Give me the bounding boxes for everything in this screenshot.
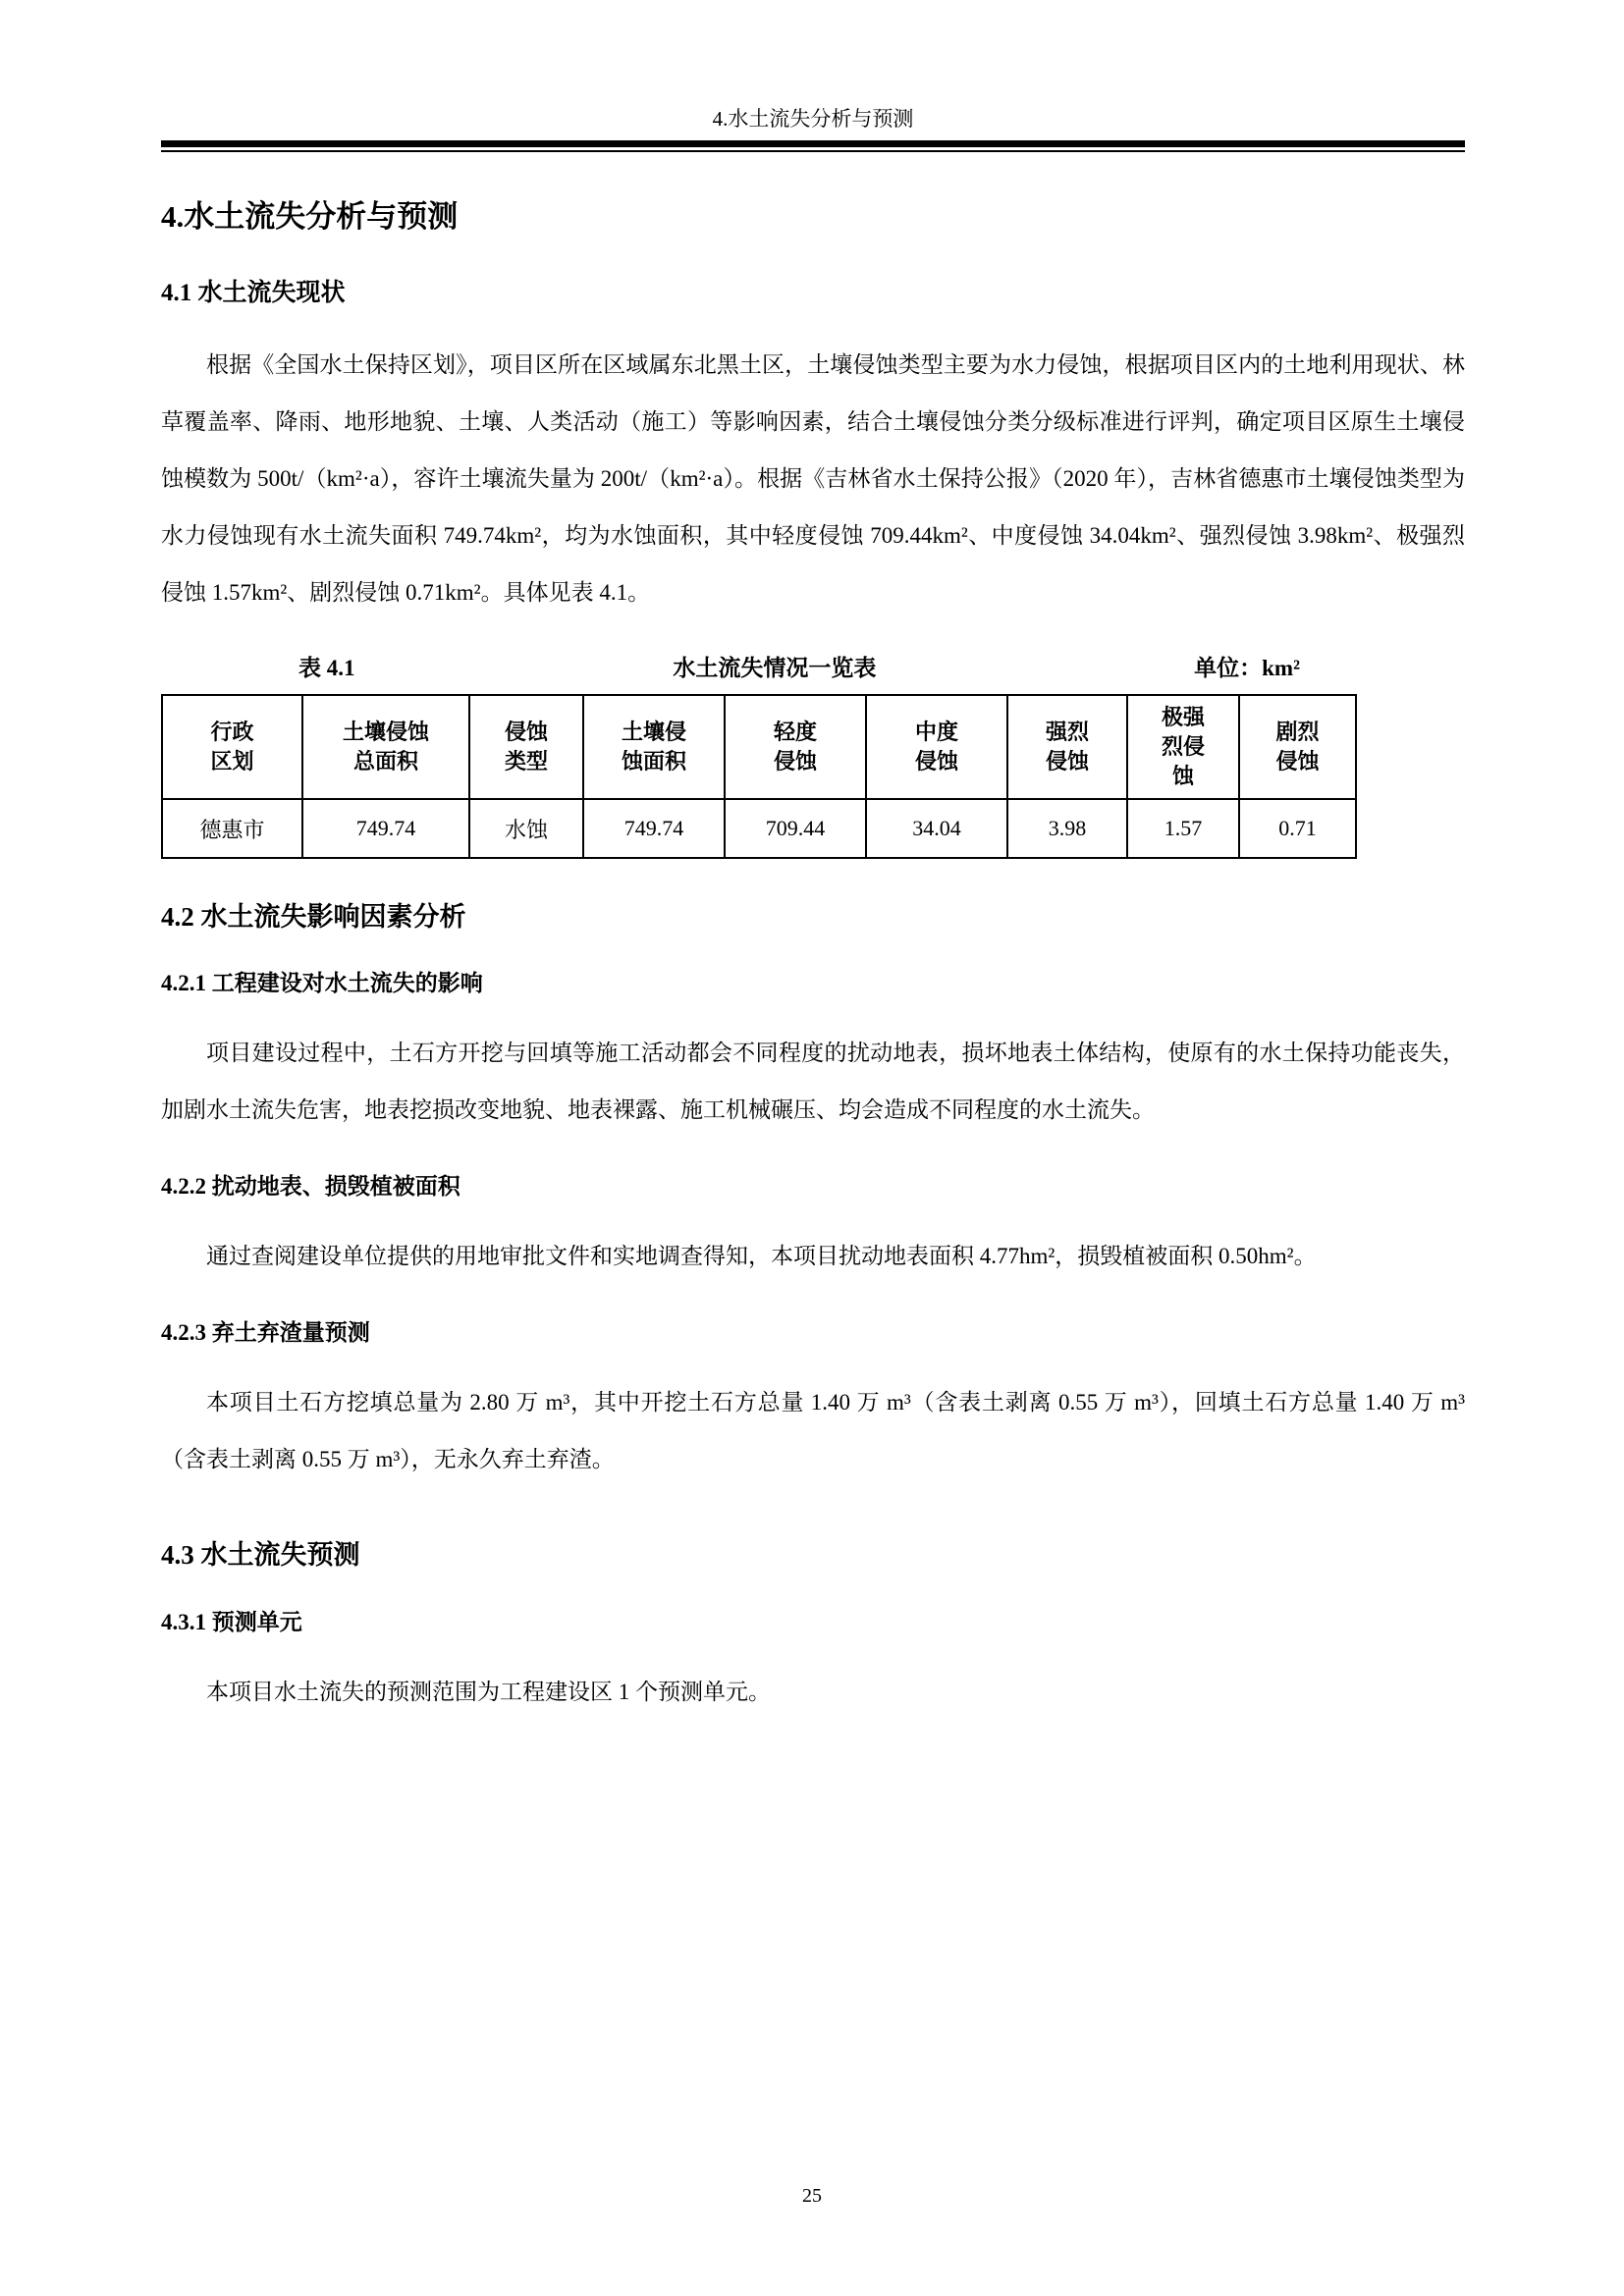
table-header-cell: 土壤侵 蚀面积 bbox=[583, 695, 725, 799]
section-4-3-1-heading: 4.3.1 预测单元 bbox=[161, 1606, 1465, 1638]
table-header-cell: 侵蚀 类型 bbox=[469, 695, 583, 799]
table-header-cell: 中度 侵蚀 bbox=[866, 695, 1007, 799]
soil-erosion-table: 行政 区划 土壤侵蚀 总面积 侵蚀 类型 土壤侵 蚀面积 轻度 侵蚀 中度 侵蚀… bbox=[161, 694, 1357, 859]
table-header-cell: 强烈 侵蚀 bbox=[1007, 695, 1127, 799]
table-row: 行政 区划 土壤侵蚀 总面积 侵蚀 类型 土壤侵 蚀面积 轻度 侵蚀 中度 侵蚀… bbox=[162, 695, 1356, 799]
table-data-cell: 749.74 bbox=[302, 799, 469, 858]
section-4-2-3-heading: 4.2.3 弃土弃渣量预测 bbox=[161, 1316, 1465, 1349]
table-header-cell: 行政 区划 bbox=[162, 695, 302, 799]
table-unit: 单位：km² bbox=[1194, 653, 1300, 684]
table-label: 表 4.1 bbox=[298, 653, 355, 684]
table-data-cell: 709.44 bbox=[725, 799, 866, 858]
table-data-cell: 749.74 bbox=[583, 799, 725, 858]
section-4-1-paragraph: 根据《全国水土保持区划》，项目区所在区域属东北黑土区，土壤侵蚀类型主要为水力侵蚀… bbox=[161, 337, 1465, 621]
table-body: 德惠市 749.74 水蚀 749.74 709.44 34.04 3.98 1… bbox=[162, 799, 1356, 858]
section-4-1-heading: 4.1 水土流失现状 bbox=[161, 276, 1465, 311]
table-header-cell: 极强 烈侵 蚀 bbox=[1127, 695, 1239, 799]
table-header-cell: 剧烈 侵蚀 bbox=[1239, 695, 1356, 799]
table-header-cell: 轻度 侵蚀 bbox=[725, 695, 866, 799]
table-data-cell: 0.71 bbox=[1239, 799, 1356, 858]
section-4-2-1-heading: 4.2.1 工程建设对水土流失的影响 bbox=[161, 967, 1465, 999]
header-rule-thick bbox=[161, 140, 1465, 147]
table-data-cell: 1.57 bbox=[1127, 799, 1239, 858]
table-data-cell: 德惠市 bbox=[162, 799, 302, 858]
document-page: 4.水土流失分析与预测 4.水土流失分析与预测 4.1 水土流失现状 根据《全国… bbox=[0, 0, 1624, 2296]
table-data-cell: 3.98 bbox=[1007, 799, 1127, 858]
running-title: 4.水土流失分析与预测 bbox=[713, 107, 914, 131]
section-4-2-1-paragraph: 项目建设过程中，土石方开挖与回填等施工活动都会不同程度的扰动地表，损坏地表土体结… bbox=[161, 1025, 1465, 1139]
section-4-2-2-heading: 4.2.2 扰动地表、损毁植被面积 bbox=[161, 1170, 1465, 1202]
table-title: 水土流失情况一览表 bbox=[355, 653, 1195, 684]
section-4-3-heading: 4.3 水土流失预测 bbox=[161, 1535, 1465, 1575]
chapter-title: 4.水土流失分析与预测 bbox=[161, 195, 1465, 239]
section-4-2-3-paragraph: 本项目土石方挖填总量为 2.80 万 m³，其中开挖土石方总量 1.40 万 m… bbox=[161, 1374, 1465, 1488]
table-4-1-caption: 表 4.1 水土流失情况一览表 单位：km² bbox=[161, 653, 1465, 684]
section-4-3-1-paragraph: 本项目水土流失的预测范围为工程建设区 1 个预测单元。 bbox=[161, 1664, 1465, 1721]
page-number: 25 bbox=[0, 2185, 1624, 2208]
table-data-cell: 水蚀 bbox=[469, 799, 583, 858]
header-rule-thin bbox=[161, 150, 1465, 152]
page-header: 4.水土流失分析与预测 bbox=[161, 106, 1465, 132]
section-4-2-2-paragraph: 通过查阅建设单位提供的用地审批文件和实地调查得知，本项目扰动地表面积 4.77h… bbox=[161, 1228, 1465, 1285]
table-header-row: 行政 区划 土壤侵蚀 总面积 侵蚀 类型 土壤侵 蚀面积 轻度 侵蚀 中度 侵蚀… bbox=[162, 695, 1356, 799]
table-row: 德惠市 749.74 水蚀 749.74 709.44 34.04 3.98 1… bbox=[162, 799, 1356, 858]
table-header-cell: 土壤侵蚀 总面积 bbox=[302, 695, 469, 799]
section-4-2-heading: 4.2 水土流失影响因素分析 bbox=[161, 898, 1465, 935]
table-data-cell: 34.04 bbox=[866, 799, 1007, 858]
